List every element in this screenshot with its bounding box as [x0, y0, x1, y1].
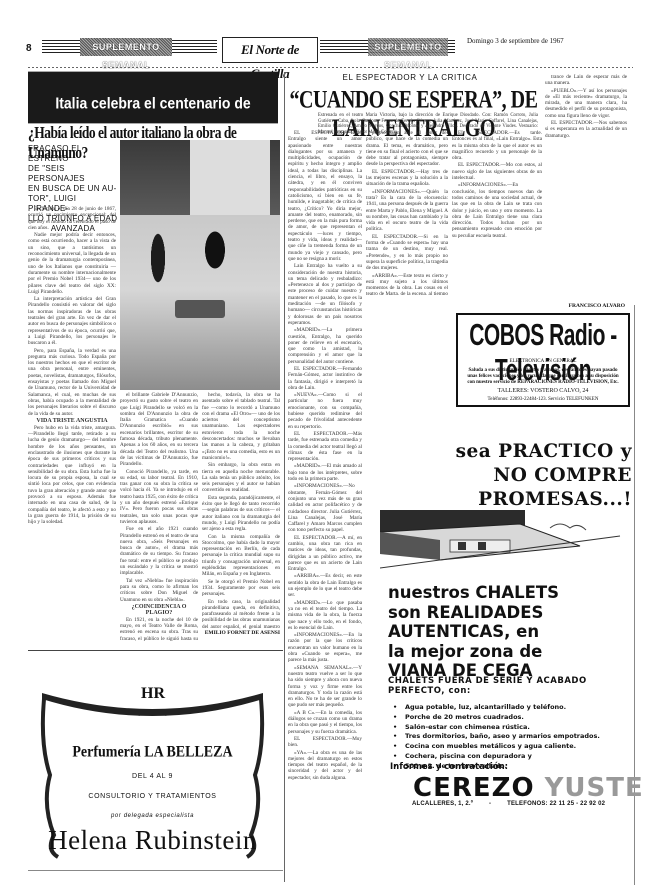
left-article-column-2: el brillante Gabriele D'Annunzio, proyec… [120, 392, 198, 641]
pitch-line: nuestros CHALETS [388, 583, 559, 603]
paragraph: «ARRIBA».—Este texto es cierto y está mu… [366, 273, 448, 295]
middle-article-column-1: EL ESPECTADOR.—Dado Entralgo siente un a… [288, 130, 362, 880]
paragraph: «SEMANA SEMANAL».—Y nuestro teatro vuelv… [288, 665, 362, 709]
section-label-left: SUPLEMENTO SEMANAL [80, 38, 172, 56]
paragraph: el brillante Gabriele D'Annunzio, proyec… [120, 392, 198, 468]
cobos-workshop: TALLERES: VOSTERO CALVO, 24 [464, 388, 622, 394]
ad-byline: por delegada especialista [40, 813, 265, 819]
left-article-column-1: En Sicilia, el día 28 de junio de 1867, … [28, 206, 116, 641]
kicker-line: DE "SEIS PERSONAJES [28, 164, 85, 183]
pitch-line: AUTENTICAS, en [388, 622, 559, 642]
headline-line: PROMESAS...! [452, 488, 632, 512]
section-heading: EL ESPECTADOR Y LA CRITICA [300, 73, 520, 82]
middle-article-author: FRANCISCO ALVARO [545, 303, 625, 309]
cobos-subtitle: ELECTRONICA EN GENERAL [464, 359, 622, 365]
ad-title: Perfumería LA BELLEZA [40, 744, 265, 762]
newspaper-logo: El Norte de Castilla [222, 37, 318, 63]
cobos-body: Saluda a sus distinguidos clientes y ami… [464, 368, 622, 386]
paragraph: «INFORMACIONES».—No obstante, Fernán-Góm… [288, 483, 362, 533]
paragraph: EL ESPECTADOR.—Mo con estos, al nuevo si… [452, 162, 542, 181]
chalet-house-drawing [380, 510, 630, 570]
contact-label: Informes y contratación: [390, 762, 508, 772]
chalets-pitch: nuestros CHALETS son REALIDADES AUTENTIC… [388, 583, 559, 681]
subheading-line: CHALETS FUERA DE SERIE Y ACABADO [388, 676, 587, 686]
paragraph: En todo caso, la originalidad pirandelli… [202, 599, 280, 631]
ad-services: CONSULTORIO Y TRATAMIENTOS [40, 793, 265, 800]
company-name-first: CEREZO [413, 773, 535, 803]
issue-date: Domingo 3 de septiembre de 1967 [467, 37, 564, 45]
left-article-column-3: hecho, todavía, la obra se ha asentado s… [202, 392, 280, 630]
photo-backdrop [190, 140, 270, 215]
paragraph: Conoció Pirandello, ya tarde, en su edad… [120, 469, 198, 526]
middle-article-column-2: propio Lain ante el sentir del público, … [366, 130, 448, 295]
company-name-second: YUSTE [545, 773, 644, 803]
middle-article-column-4: trance de Lain de esperar más de una man… [545, 74, 627, 299]
photo-chair [175, 300, 225, 318]
cobos-advertisement: COBOS Radio - Televisión ELECTRONICA EN … [456, 313, 630, 407]
company-name: CEREZOYUSTE [413, 773, 644, 803]
paragraph: Pero hubo en la vida triste, amargura. —… [28, 425, 116, 526]
paragraph: EL ESPECTADOR.—Dado Entralgo siente un a… [288, 130, 362, 262]
paragraph: Pero, para España, la verdad es una preg… [28, 348, 116, 417]
paragraph: «YA».—La obra es una de las mejores del … [288, 750, 362, 781]
article-divider [28, 650, 283, 651]
feature-item: Agua potable, luz, alcantarillado y telé… [405, 703, 600, 713]
paragraph: Fue en el año 1921 cuando Pirandello est… [120, 526, 198, 576]
paragraph: «PUEBLO».—Y así los personajes de «El má… [545, 88, 627, 119]
paragraph: hecho, todavía, la obra se ha asentado s… [202, 392, 280, 461]
paragraph: trance de Lain de esperar más de una man… [545, 74, 627, 87]
paragraph: EL ESPECTADOR.—Si en la forma de «Cuando… [366, 234, 448, 272]
feature-item: Cochera, piscina con depuradora y [405, 752, 600, 762]
paragraph: Con la misma compañía de Stoccolmo, que … [202, 534, 280, 578]
stage-scene-photo [120, 140, 280, 390]
kicker-line: FRACASO EL ESTRENO [28, 144, 81, 163]
paragraph: EL ESPECTADOR.—A mí, en cambio, una obra… [288, 535, 362, 573]
company-phones: TELEFONOS: 22 11 25 - 22 92 02 [507, 801, 605, 807]
paragraph: Esta segunda, paradójicamente, el éxito … [202, 495, 280, 533]
headline-line: sea PRACTICO y [452, 440, 632, 464]
article-author: EMILIO FORNET DE ASENSI [200, 630, 280, 636]
paragraph: «INFORMACIONES».—En la razón por la que … [288, 632, 362, 663]
paragraph: En Sicilia, el día 28 de junio de 1867, … [28, 206, 116, 231]
page-number: 8 [26, 43, 32, 54]
paragraph: Sin embargo, la obra entra en tierra en … [202, 462, 280, 493]
ad-bottom-rule [28, 870, 283, 871]
paragraph: «INFORMACIONES».—En conclusión, los tiem… [452, 182, 542, 239]
perfume-advertisement: HR Perfumería LA BELLEZA DEL 4 AL 9 CONS… [40, 685, 265, 860]
pitch-line: son REALIDADES [388, 603, 559, 623]
paragraph: EL ESPECTADOR.—Fernando Fernán-Gómez, ac… [288, 366, 362, 391]
paragraph: Tal vez «Niebla» fue inspiración para su… [120, 578, 198, 603]
paragraph: Nadie mejor podría decir entonces, como … [28, 232, 116, 295]
column-subhead: VIDA TRISTE ANGUSTIA [28, 418, 116, 424]
paragraph: «MADRID».—Lo que pasaba ya no en el teat… [288, 600, 362, 631]
monogram-logo: HR [138, 685, 168, 703]
paragraph: La interpretación artística del Gran Pir… [28, 296, 116, 346]
feature-item: Salón-estar con chimenea rústica. [405, 723, 600, 733]
paragraph: EL ESPECTADOR.—Más tarde, fue estrenada … [288, 431, 362, 462]
column-subhead: ¿COINCIDENCIA O PLAGIO? [120, 604, 198, 616]
paragraph: Se le otorgó el Premio Nobel en 1934. Se… [202, 579, 280, 598]
paragraph: «INFORMACIONES».—Quién la trata? Es la c… [366, 189, 448, 233]
company-contact: ALCALLERES, 1, 2.º - TELEFONOS: 22 11 25… [412, 801, 605, 807]
company-address: ALCALLERES, 1, 2.º [412, 801, 473, 807]
middle-article-column-3: EL ESPECTADOR.—Es tarde. Entonces es al … [452, 130, 542, 310]
paragraph: «NUEVA».—Como si el particular no fuera … [288, 392, 362, 430]
ad-hours: DEL 4 AL 9 [40, 773, 265, 780]
masthead-divider [28, 67, 633, 68]
paragraph: «MADRID».—La primera cuestión, Entralgo,… [288, 327, 362, 365]
separator: - [489, 801, 491, 807]
pitch-line: la mejor zona de [388, 642, 559, 662]
ad-brand: Helena Rubinstein [40, 825, 265, 856]
subheading-line: PERFECTO, con: [388, 686, 587, 696]
paragraph: «ARRIBA».—Es decir, en este sentido la o… [288, 573, 362, 598]
column-rule [284, 72, 285, 882]
article-banner: Italia celebra el centenario de Pirandel… [28, 72, 278, 124]
paragraph: EL ESPECTADOR.—Nos sabemos si es esperan… [545, 120, 627, 139]
headline-line: NO COMPRE [452, 464, 632, 488]
feature-item: Porche de 20 metros cuadrados. [405, 713, 600, 723]
paragraph: «MADRID».—El más amado al bajo tono de l… [288, 463, 362, 482]
paragraph: EL ESPECTADOR.—Muy bien. [288, 736, 362, 749]
paragraph: Lain Entralgo ha vuelto a su consideraci… [288, 263, 362, 326]
chalets-subheading: CHALETS FUERA DE SERIE Y ACABADO PERFECT… [388, 676, 587, 696]
section-label-right: SUPLEMENTO SEMANAL [368, 38, 448, 56]
paragraph: EL ESPECTADOR.—Hay tres de las mejores e… [366, 169, 448, 188]
paragraph: EL ESPECTADOR.—Es tarde. Entonces es al … [452, 130, 542, 161]
paragraph: propio Lain ante el sentir del público, … [366, 130, 448, 168]
paragraph: «A B C».—En la comedia, los diálogos se … [288, 710, 362, 735]
paragraph: En 1921, en la noche del 10 de mayo, en … [120, 617, 198, 641]
feature-item: Cocina con muebles metálicos y agua cali… [405, 742, 600, 752]
feature-item: Tres dormitorios, baño, aseo y armarios … [405, 732, 600, 742]
cobos-phones: Teléfonos: 22893-22484-123. Servicio TEL… [464, 397, 622, 403]
kicker-line: EN BUSCA DE UN AU- [28, 184, 117, 193]
chalets-headline: sea PRACTICO y NO COMPRE PROMESAS...! [452, 440, 632, 512]
